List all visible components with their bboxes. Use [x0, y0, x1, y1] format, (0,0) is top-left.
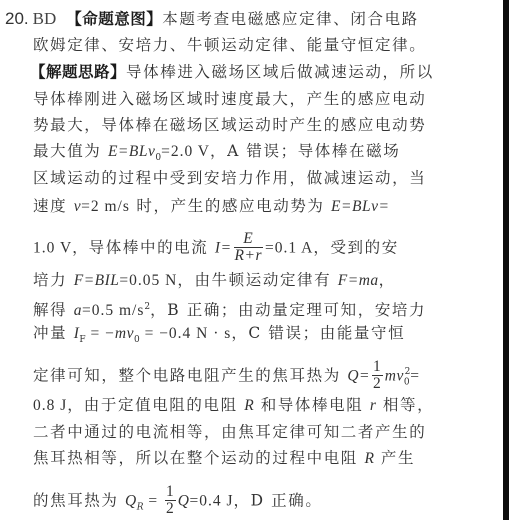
line-6: 最大值为 E=BLv0=2.0 V，A 错误；导体棒在磁场: [33, 141, 400, 168]
text: 产生: [374, 449, 415, 467]
formula: a: [74, 302, 82, 319]
text: 焦耳热相等，所以在整个运动的过程中电阻: [33, 449, 358, 467]
line-8: 速度 v=2 m/s 时，产生的感应电动势为 E=BLv=: [33, 196, 389, 217]
text: 欧姆定律、安培力、牛顿运动定律、能量守恒定律。: [33, 36, 426, 54]
formula: R: [244, 397, 254, 414]
fraction: 12: [372, 359, 383, 392]
fraction: ER+r: [234, 231, 263, 264]
text: ，D 正确。: [234, 492, 323, 510]
text: ，B 正确；由动量定理可知，安培力: [150, 301, 426, 319]
value: =2.0 V: [161, 143, 210, 160]
value: =2 m/s: [81, 198, 130, 215]
text: 区域运动的过程中受到安培力作用，做减速运动，当: [33, 169, 426, 187]
line-13: 定律可知，整个电路电阻产生的焦耳热为 Q=12mv02=: [33, 360, 420, 393]
tag-solution: 【解题思路】: [30, 62, 126, 81]
text: 和导体棒电阻: [254, 396, 370, 414]
denominator: R+r: [234, 248, 263, 264]
text: 本题考查电磁感应定律、闭合电路: [162, 10, 419, 28]
line-15: 二者中通过的电流相等，由焦耳定律可知二者产生的: [33, 422, 426, 442]
line-2: 欧姆定律、安培力、牛顿运动定律、能量守恒定律。: [33, 35, 426, 55]
value: =0.1 A: [265, 240, 313, 257]
text: =: [144, 493, 164, 510]
line-4: 导体棒刚进入磁场区域时速度最大，产生的感应电动: [33, 89, 426, 109]
line-1: 20.BD【命题意图】本题考查电磁感应定律、闭合电路: [5, 9, 419, 29]
line-14: 0.8 J，由于定值电阻的电阻 R 和导体棒电阻 r 相等，: [33, 395, 434, 416]
text: 势最大，导体棒在磁场区域运动时产生的感应电动势: [33, 116, 426, 134]
text: 的焦耳热为: [33, 492, 119, 510]
tag-intent: 【命题意图】: [66, 9, 162, 28]
formula-heat: Q=: [347, 368, 370, 385]
line-5: 势最大，导体棒在磁场区域运动时产生的感应电动势: [33, 115, 426, 135]
formula: mv: [385, 368, 404, 385]
text: 二者中通过的电流相等，由焦耳定律可知二者产生的: [33, 423, 426, 441]
fraction: 12: [165, 484, 176, 517]
text: 由于定值电阻的电阻: [84, 396, 238, 414]
line-17: 的焦耳热为 QR = 12Q=0.4 J，D 正确。: [33, 485, 322, 518]
text: = −: [86, 325, 115, 342]
denominator: 2: [165, 501, 176, 517]
formula: mv: [115, 325, 134, 342]
text: 导体棒中的电流: [89, 239, 209, 257]
denominator: 2: [372, 376, 383, 392]
value: 0.8 J，: [33, 397, 84, 414]
line-7: 区域运动的过程中受到安培力作用，做减速运动，当: [33, 168, 426, 188]
text: ，受到的安: [313, 239, 399, 257]
formula-current: I=: [215, 240, 232, 257]
scan-edge-bar: [503, 0, 509, 520]
line-9: 1.0 V，导体棒中的电流 I=ER+r=0.1 A，受到的安: [33, 232, 399, 265]
value: = −0.4 N · s: [140, 325, 232, 342]
text: 最大值为: [33, 142, 101, 160]
subscript: 0: [404, 378, 410, 388]
line-12: 冲量 IF = −mv0 = −0.4 N · s，C 错误；由能量守恒: [33, 323, 405, 350]
text: 定律可知，整个电路电阻产生的焦耳热为: [33, 367, 341, 385]
value: =0.4 J: [189, 493, 233, 510]
formula-emf: E=BLv=: [331, 198, 389, 215]
line-10: 培力 F=BIL=0.05 N，由牛顿运动定律有 F=ma，: [33, 270, 396, 291]
numerator: E: [234, 231, 263, 248]
text: 速度: [33, 197, 67, 215]
subscript: R: [137, 503, 144, 513]
document-page: 20.BD【命题意图】本题考查电磁感应定律、闭合电路 欧姆定律、安培力、牛顿运动…: [0, 0, 503, 520]
value: =0.5 m/s: [82, 302, 144, 319]
numerator: 1: [165, 484, 176, 501]
text: 相等，: [376, 396, 434, 414]
text: ，: [379, 271, 396, 289]
text: 解得: [33, 301, 67, 319]
formula: R: [364, 450, 374, 467]
text: 导体棒刚进入磁场区域时速度最大，产生的感应电动: [33, 90, 426, 108]
text: ，A 错误；导体棒在磁场: [210, 142, 400, 160]
formula: Q: [178, 493, 190, 510]
value: 1.0 V，: [33, 240, 89, 257]
value: =0.05 N: [119, 272, 177, 289]
text: 冲量: [33, 324, 67, 342]
text: ，由牛顿运动定律有: [177, 271, 337, 289]
formula-emf-max: E=BLv: [108, 143, 155, 160]
formula-heat-r: Q: [125, 493, 137, 510]
question-number: 20.: [5, 9, 29, 28]
line-11: 解得 a=0.5 m/s2，B 正确；由动量定理可知，安培力: [33, 297, 426, 321]
text: 培力: [33, 271, 67, 289]
text: =: [410, 368, 420, 385]
line-16: 焦耳热相等，所以在整个运动的过程中电阻 R 产生: [33, 448, 415, 469]
text: ，C 错误；由能量守恒: [231, 324, 405, 342]
formula-force: F=BIL: [74, 272, 120, 289]
text: 时，产生的感应电动势为: [130, 197, 331, 215]
formula-newton: F=ma: [338, 272, 379, 289]
numerator: 1: [372, 359, 383, 376]
answer-key: BD: [33, 9, 57, 28]
text: 导体棒进入磁场区域后做减速运动，所以: [126, 63, 434, 81]
line-3: 【解题思路】导体棒进入磁场区域后做减速运动，所以: [30, 62, 434, 82]
